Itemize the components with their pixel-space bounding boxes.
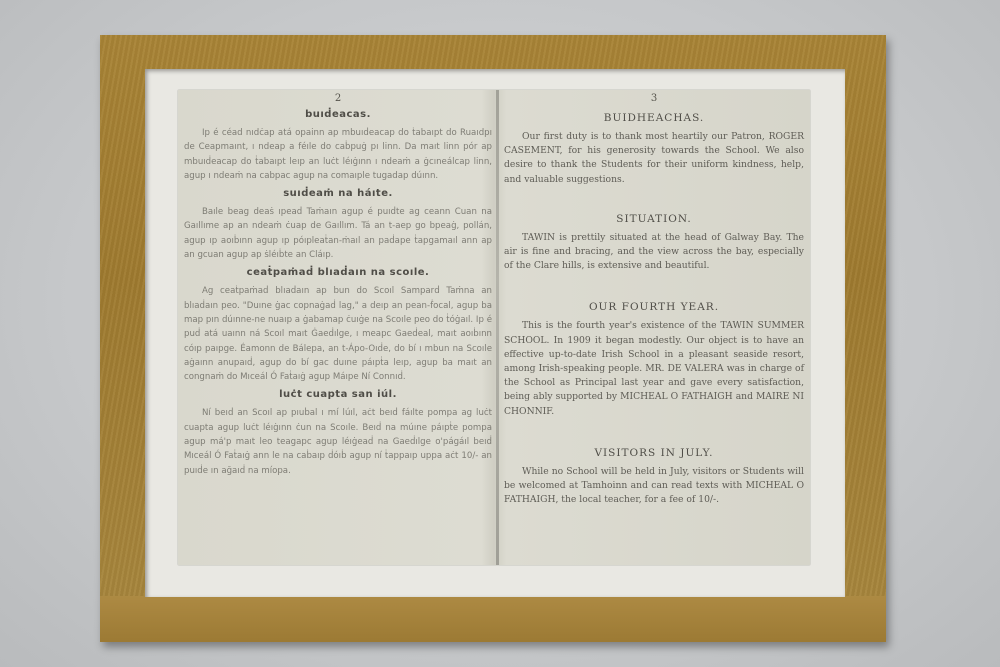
section-heading: suıḋeaṁ na háıte. [184, 188, 492, 199]
left-page-irish: 2 buıḋeacas. Ip é céad nıdċap atá opainn… [184, 90, 492, 565]
section-heading: buıḋeacas. [184, 109, 492, 120]
section-text: Ní beıḋ an Scoıl ap pıuḃal ı mí lúıl, aċ… [184, 406, 492, 477]
section-heading: luċt cuapta san iúl. [184, 389, 492, 400]
section-text: While no School will be held in July, vi… [504, 465, 804, 508]
section-text: TAWIN is prettily situated at the head o… [504, 231, 804, 274]
section-text: Ag ceaṫpaṁaḋ blıaḋaın ap bun do Scoıl Sa… [184, 284, 492, 384]
section-text: Baıle beag deaṡ ıpeaḋ Taṁaın agup é puıḋ… [184, 205, 492, 262]
frame-bottom-rail [100, 596, 886, 642]
section-heading: VISITORS IN JULY. [504, 447, 804, 459]
page-number: 3 [504, 93, 804, 104]
right-page-english: 3 BUIDHEACHAS. Our first duty is to than… [504, 90, 804, 565]
section-text: This is the fourth year's existence of t… [504, 319, 804, 418]
page-number: 2 [184, 93, 492, 104]
section-text: Our first duty is to thank most heartily… [504, 130, 804, 187]
leaflet: 2 buıḋeacas. Ip é céad nıdċap atá opainn… [178, 90, 810, 565]
center-fold [496, 90, 499, 565]
section-heading: SITUATION. [504, 213, 804, 225]
section-text: Ip é céad nıdċap atá opainn ap mbuıḋeaca… [184, 126, 492, 183]
section-heading: ceaṫpaṁaḋ blıaḋaın na scoıle. [184, 267, 492, 278]
section-heading: BUIDHEACHAS. [504, 112, 804, 124]
section-heading: OUR FOURTH YEAR. [504, 301, 804, 313]
